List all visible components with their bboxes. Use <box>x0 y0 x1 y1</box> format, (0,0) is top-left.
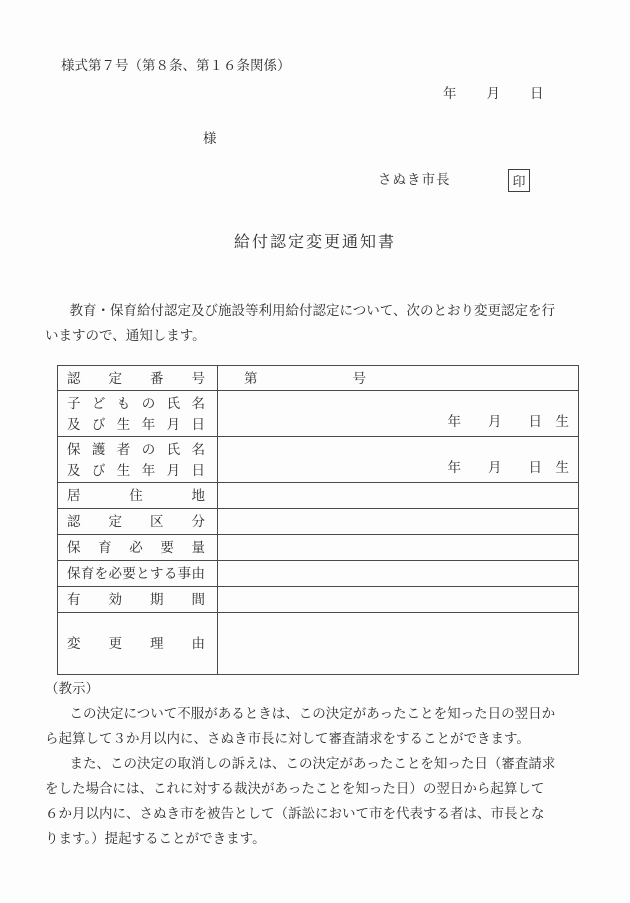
notice-heading: （教示） <box>45 676 590 701</box>
row-label: 子どもの氏名 及び生年月日 <box>58 391 218 436</box>
certification-number-prefix: 第 <box>244 366 258 391</box>
table-row-valid-period: 有効期間 <box>58 586 578 612</box>
document-page: 様式第７号（第８条、第１６条関係） 年 月 日 様 さぬき市長 印 給付認定変更… <box>0 0 630 903</box>
table-row-child-name: 子どもの氏名 及び生年月日 年 月 日 生 <box>58 390 578 436</box>
row-label: 変更理由 <box>58 613 218 674</box>
intro-line-1: 教育・保育給付認定及び施設等利用給付認定について、次のとおり変更認定を行 <box>45 298 585 323</box>
row-label: 保護者の氏名 及び生年月日 <box>58 437 218 482</box>
row-label: 認定番号 <box>58 366 218 390</box>
birthdate-placeholder: 年 月 日 生 <box>448 459 570 477</box>
seal-label: 印 <box>512 171 525 190</box>
notice-line-5: ６か月以内に、さぬき市を被告として（訴訟において市を代表する者は、市長とな <box>45 801 590 826</box>
row-value: 年 月 日 生 <box>218 391 578 436</box>
row-label-text-line2: 及び生年月日 <box>67 414 205 435</box>
row-label-text-line1: 保護者の氏名 <box>67 439 205 460</box>
table-row-childcare-reason: 保育を必要とする事由 <box>58 560 578 586</box>
row-label-text: 保育必要量 <box>67 537 205 558</box>
table-row-guardian-name: 保護者の氏名 及び生年月日 年 月 日 生 <box>58 436 578 482</box>
seal-box: 印 <box>508 169 530 192</box>
notice-line-6: ります。）提起することができます。 <box>45 826 590 851</box>
row-label: 居住地 <box>58 483 218 508</box>
issuer-name: さぬき市長 <box>378 170 451 190</box>
certification-number-blank <box>258 378 353 379</box>
row-label-text-line1: 子どもの氏名 <box>67 393 205 414</box>
notice-line-3: また、この決定の取消しの訴えは、この決定があったことを知った日（審査請求 <box>45 751 590 776</box>
row-value <box>218 561 578 586</box>
table-row-change-reason: 変更理由 <box>58 612 578 674</box>
birthdate-placeholder: 年 月 日 生 <box>448 413 570 431</box>
table-row-residence: 居住地 <box>58 482 578 508</box>
row-value <box>218 587 578 612</box>
row-label-text: 認定区分 <box>67 511 205 532</box>
appeal-notice: （教示） この決定について不服があるときは、この決定があったことを知った日の翌日… <box>45 676 590 851</box>
row-value <box>218 483 578 508</box>
row-label-text-line2: 及び生年月日 <box>67 460 205 481</box>
table-row-certification-category: 認定区分 <box>58 508 578 534</box>
notice-line-1: この決定について不服があるときは、この決定があったことを知った日の翌日か <box>45 701 590 726</box>
row-label: 認定区分 <box>58 509 218 534</box>
table-row-certification-number: 認定番号 第 号 <box>58 366 578 390</box>
row-label-text: 保育を必要とする事由 <box>67 563 205 584</box>
certification-number-suffix: 号 <box>353 366 367 391</box>
certification-table: 認定番号 第 号 子どもの氏名 及び生年月日 年 月 日 生 保護者の氏名 及び… <box>57 365 579 675</box>
addressee-suffix: 様 <box>203 129 217 149</box>
notice-line-4: をした場合には、これに対する裁決があったことを知った日）の翌日から起算して <box>45 776 590 801</box>
form-number: 様式第７号（第８条、第１６条関係） <box>61 56 291 76</box>
issue-date-line: 年 月 日 <box>443 84 545 104</box>
row-value <box>218 535 578 560</box>
page-title: 給付認定変更通知書 <box>0 232 630 254</box>
intro-line-2: いますので、通知します。 <box>45 323 585 348</box>
row-label-text: 変更理由 <box>67 633 205 654</box>
row-value <box>218 613 578 674</box>
row-value <box>218 509 578 534</box>
row-label-text: 有効期間 <box>67 589 205 610</box>
row-value: 年 月 日 生 <box>218 437 578 482</box>
row-value: 第 号 <box>218 366 578 390</box>
row-label: 有効期間 <box>58 587 218 612</box>
row-label: 保育必要量 <box>58 535 218 560</box>
row-label-text: 居住地 <box>67 485 205 506</box>
row-label: 保育を必要とする事由 <box>58 561 218 586</box>
notice-line-2: ら起算して３か月以内に、さぬき市長に対して審査請求をすることができます。 <box>45 726 590 751</box>
row-label-text: 認定番号 <box>67 368 205 389</box>
intro-paragraph: 教育・保育給付認定及び施設等利用給付認定について、次のとおり変更認定を行 います… <box>45 298 585 348</box>
table-row-childcare-amount: 保育必要量 <box>58 534 578 560</box>
